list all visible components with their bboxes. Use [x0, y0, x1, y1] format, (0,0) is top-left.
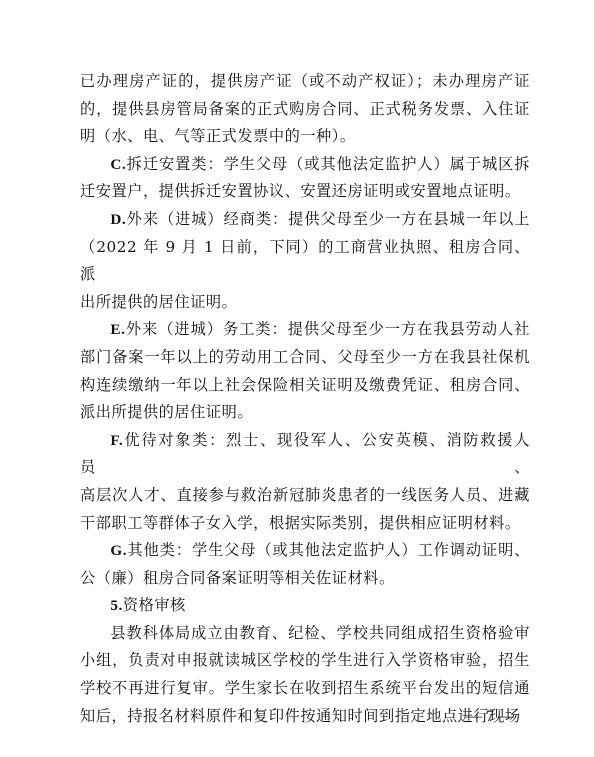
paragraph-line: D.外来（进城）经商类：提供父母至少一方在县城一年以上: [80, 206, 530, 234]
paragraph-line: 部门备案一年以上的劳动用工合同、父母至少一方在我县社保机: [80, 344, 530, 372]
section-label: C.: [110, 156, 126, 173]
page-number: — 7 —: [466, 708, 514, 726]
paragraph-line: 的，提供县房管局备案的正式购房合同、正式税务发票、入住证: [80, 96, 530, 124]
paragraph-line: 已办理房产证的，提供房产证（或不动产权证）；未办理房产证: [80, 68, 530, 96]
paragraph-line: 明（水、电、气等正式发票中的一种）。: [80, 123, 530, 151]
section-label: F.: [110, 432, 123, 449]
paragraph-line: F.优待对象类：烈士、现役军人、公安英模、消防救援人员、: [80, 427, 530, 482]
paragraph-line: 构连续缴纳一年以上社会保险相关证明及缴费凭证、租房合同、: [80, 372, 530, 400]
paragraph-line: 干部职工等群体子女入学，根据实际类别，提供相应证明材料。: [80, 510, 530, 538]
paragraph-line: 小组，负责对申报就读城区学校的学生进行入学资格审验，招生: [80, 647, 530, 675]
paragraph-line: （2022 年 9 月 1 日前，下同）的工商营业执照、租房合同、派: [80, 234, 530, 289]
paragraph-line: 县教科体局成立由教育、纪检、学校共同组成招生资格验审: [80, 620, 530, 648]
paragraph-line: 派出所提供的居住证明。: [80, 399, 530, 427]
paragraph-line: 公（廉）租房合同备案证明等相关佐证材料。: [80, 565, 530, 593]
paragraph-line: C.拆迁安置类：学生父母（或其他法定监护人）属于城区拆: [80, 151, 530, 179]
document-page: 已办理房产证的，提供房产证（或不动产权证）；未办理房产证的，提供县房管局备案的正…: [0, 0, 596, 757]
paragraph-line: G.其他类：学生父母（或其他法定监护人）工作调动证明、: [80, 537, 530, 565]
paragraph-line: 学校不再进行复审。学生家长在收到招生系统平台发出的短信通: [80, 675, 530, 703]
paragraph-line: 5.资格审核: [80, 592, 530, 620]
section-label: 5.: [110, 597, 123, 614]
paragraph-line: 出所提供的居住证明。: [80, 289, 530, 317]
section-label: G.: [110, 542, 127, 559]
paragraph-line: 知后，持报名材料原件和复印件按通知时间到指定地点进行现场: [80, 703, 530, 731]
paragraph-line: 迁安置户，提供拆迁安置协议、安置还房证明或安置地点证明。: [80, 178, 530, 206]
section-label: D.: [110, 211, 126, 228]
paragraph-line: 高层次人才、直接参与救治新冠肺炎患者的一线医务人员、进藏: [80, 482, 530, 510]
body-text: 已办理房产证的，提供房产证（或不动产权证）；未办理房产证的，提供县房管局备案的正…: [80, 68, 530, 730]
section-label: E.: [110, 321, 125, 338]
paragraph-line: E.外来（进城）务工类：提供父母至少一方在我县劳动人社: [80, 316, 530, 344]
